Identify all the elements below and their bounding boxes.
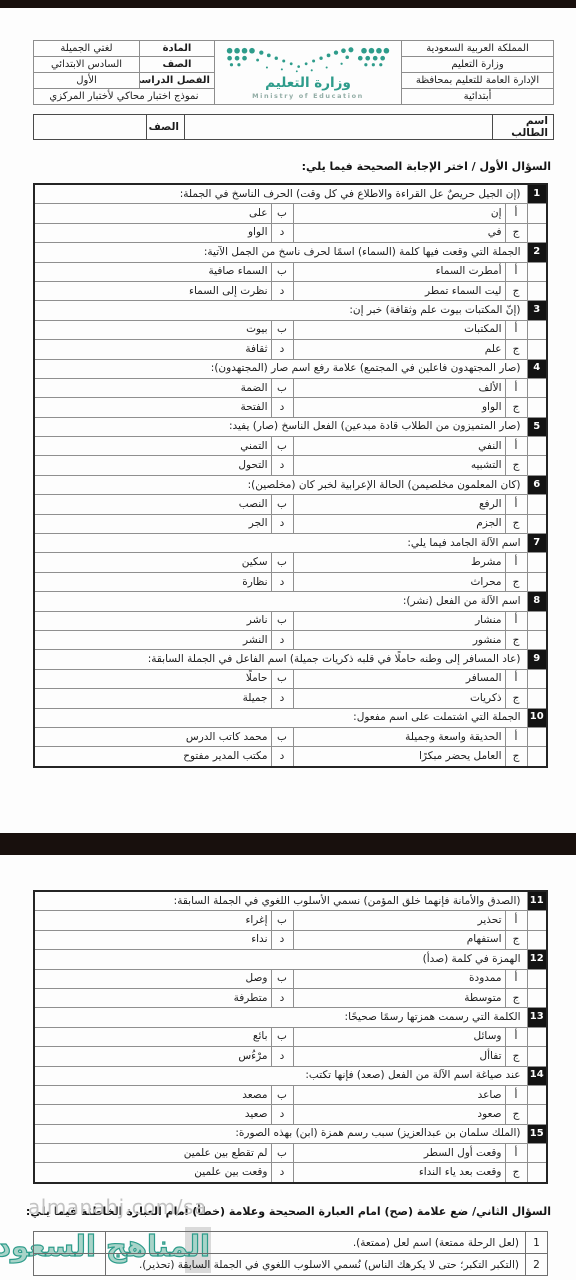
option-letter-7-a: أ — [505, 553, 527, 572]
question-3-answer-margin — [527, 340, 547, 359]
question-12-answer-margin — [527, 988, 547, 1007]
option-letter-11-c: ج — [505, 930, 527, 949]
option-text-10-a[interactable]: الحديقة واسعة وجميلة — [293, 727, 505, 746]
question-13-text: الكلمة التي رسمت همزتها رسمًا صحيحًا: — [34, 1008, 527, 1027]
statement-2-answer-cell[interactable] — [34, 1254, 106, 1276]
statement-1-answer-cell[interactable] — [34, 1232, 106, 1254]
question-15-answer-margin — [527, 1163, 547, 1183]
option-letter-12-a: أ — [505, 969, 527, 988]
question-3-text: (إنّ المكتبات بيوت علم وثقافة) خبر إن: — [34, 301, 527, 320]
option-letter-3-d: د — [271, 340, 293, 359]
question-9-text: (عاد المسافر إلى وطنه حاملًا في قلبه ذكر… — [34, 650, 527, 669]
question-8-text: اسم الآلة من الفعل (نشر): — [34, 592, 527, 611]
option-letter-14-b: ب — [271, 1085, 293, 1104]
option-letter-1-d: د — [271, 223, 293, 242]
question-12-answer-margin — [527, 969, 547, 988]
question-7-text: اسم الآلة الجامد فيما يلي: — [34, 534, 527, 553]
option-letter-1-b: ب — [271, 204, 293, 223]
option-text-11-a[interactable]: تحذير — [293, 911, 505, 930]
question-5-text: (صار المتميزون من الطلاب قادة مبدعين) ال… — [34, 417, 527, 436]
question-11-number: 11 — [527, 891, 547, 911]
ministry-line-3: الإدارة العامة للتعليم بمحافظة — [402, 73, 554, 89]
question-1-number: 1 — [527, 184, 547, 204]
option-letter-10-d: د — [271, 747, 293, 767]
option-text-4-a[interactable]: الألف — [293, 378, 505, 397]
option-letter-15-a: أ — [505, 1144, 527, 1163]
option-text-10-c[interactable]: العامل يحضر مبكرًا — [293, 747, 505, 767]
option-letter-4-c: ج — [505, 398, 527, 417]
question-14-answer-margin — [527, 1105, 547, 1124]
question-11-answer-margin — [527, 911, 547, 930]
option-text-6-a[interactable]: الرفع — [293, 495, 505, 514]
question-5-answer-margin — [527, 456, 547, 475]
question-15-text: (الملك سلمان بن عبدالعزيز) سبب رسم همزة … — [34, 1124, 527, 1143]
semester-value: الأول — [34, 73, 140, 89]
question-15-answer-margin — [527, 1144, 547, 1163]
option-text-4-b[interactable]: الضمة — [34, 378, 271, 397]
option-text-15-b[interactable]: لم تقطع بين علمين — [34, 1144, 271, 1163]
logo-english-subtitle: Ministry of Education — [252, 93, 364, 100]
question-14-answer-margin — [527, 1085, 547, 1104]
option-text-9-d[interactable]: جميلة — [34, 689, 271, 708]
option-letter-8-c: ج — [505, 630, 527, 649]
option-text-11-c[interactable]: استفهام — [293, 930, 505, 949]
question-8-answer-margin — [527, 611, 547, 630]
question-3-number: 3 — [527, 301, 547, 320]
option-text-3-b[interactable]: بيوت — [34, 320, 271, 339]
option-letter-10-a: أ — [505, 727, 527, 746]
option-letter-12-c: ج — [505, 988, 527, 1007]
watermark-site-url: almanahj.com/sa — [28, 1195, 207, 1219]
question-6-text: (كان المعلمون مخلصيمن) الحالة الإعرابية … — [34, 475, 527, 494]
option-letter-4-b: ب — [271, 378, 293, 397]
option-text-11-d[interactable]: نداء — [34, 930, 271, 949]
option-letter-13-b: ب — [271, 1027, 293, 1046]
question-12-text: الهمزة في كلمة (صدأ) — [34, 950, 527, 969]
class-label: الصف — [147, 115, 185, 140]
question-13-answer-margin — [527, 1027, 547, 1046]
page-separator-bar — [0, 833, 576, 855]
option-text-13-b[interactable]: بائع — [34, 1027, 271, 1046]
option-letter-10-b: ب — [271, 727, 293, 746]
option-letter-6-a: أ — [505, 495, 527, 514]
option-text-3-c[interactable]: علم — [293, 340, 505, 359]
option-letter-6-d: د — [271, 514, 293, 533]
question-14-number: 14 — [527, 1066, 547, 1085]
option-letter-3-a: أ — [505, 320, 527, 339]
option-letter-3-c: ج — [505, 340, 527, 359]
option-text-5-c[interactable]: التشبيه — [293, 456, 505, 475]
question-9-number: 9 — [527, 650, 547, 669]
option-letter-13-a: أ — [505, 1027, 527, 1046]
option-text-1-d[interactable]: الواو — [34, 223, 271, 242]
option-text-9-a[interactable]: المسافر — [293, 669, 505, 688]
option-text-9-c[interactable]: ذكريات — [293, 689, 505, 708]
option-letter-1-a: أ — [505, 204, 527, 223]
option-text-8-c[interactable]: منشور — [293, 630, 505, 649]
question-7-answer-margin — [527, 572, 547, 591]
subject-label: المادة — [140, 41, 215, 57]
option-text-14-c[interactable]: صعود — [293, 1105, 505, 1124]
option-text-6-d[interactable]: الجر — [34, 514, 271, 533]
option-letter-15-c: ج — [505, 1163, 527, 1183]
option-text-14-a[interactable]: صاعد — [293, 1085, 505, 1104]
grade-label: الصف — [140, 57, 215, 73]
option-letter-8-b: ب — [271, 611, 293, 630]
question-6-answer-margin — [527, 514, 547, 533]
grade-value: السادس الابتدائي — [34, 57, 140, 73]
option-text-15-d[interactable]: وقعت بين علمين — [34, 1163, 271, 1183]
option-letter-10-c: ج — [505, 747, 527, 767]
question-2-answer-margin — [527, 281, 547, 300]
question-1-text: (إن الجيل حريصٌ عل القراءة والاطلاع في ك… — [34, 184, 527, 204]
option-text-2-c[interactable]: ليت السماء تمطر — [293, 281, 505, 300]
option-letter-13-c: ج — [505, 1047, 527, 1066]
question-2-text: الجملة التي وقعت فيها كلمة (السماء) اسمً… — [34, 243, 527, 262]
option-text-10-d[interactable]: مكتب المدير مفتوح — [34, 747, 271, 767]
statement-2-number: 2 — [526, 1254, 548, 1276]
option-text-4-c[interactable]: الواو — [293, 398, 505, 417]
option-text-5-a[interactable]: النفي — [293, 437, 505, 456]
option-text-2-a[interactable]: أمطرت السماء — [293, 262, 505, 281]
option-text-11-b[interactable]: إغراء — [34, 911, 271, 930]
option-letter-7-d: د — [271, 572, 293, 591]
option-letter-1-c: ج — [505, 223, 527, 242]
option-text-6-b[interactable]: النصب — [34, 495, 271, 514]
option-letter-14-d: د — [271, 1105, 293, 1124]
ministry-line-1: المملكة العربية السعودية — [402, 41, 554, 57]
question-14-text: عند صياغة اسم الآلة من الفعل (صعد) فإنها… — [34, 1066, 527, 1085]
option-text-1-a[interactable]: إن — [293, 204, 505, 223]
option-text-2-d[interactable]: نظرت إلى السماء — [34, 281, 271, 300]
question-5-answer-margin — [527, 437, 547, 456]
option-letter-12-d: د — [271, 988, 293, 1007]
option-text-4-d[interactable]: الفتحة — [34, 398, 271, 417]
question-10-answer-margin — [527, 727, 547, 746]
option-text-1-b[interactable]: على — [34, 204, 271, 223]
option-text-3-a[interactable]: المكتبات — [293, 320, 505, 339]
statement-2-text: (التكبر التكبر؛ حتى لا يكرهك الناس) نُسم… — [106, 1254, 526, 1276]
option-letter-8-d: د — [271, 630, 293, 649]
exam-document-page: المملكة العربية السعودية — [0, 0, 576, 1280]
option-letter-9-d: د — [271, 689, 293, 708]
question-4-text: (صار المجتهدون فاعلين في المجتمع) علامة … — [34, 359, 527, 378]
question-3-answer-margin — [527, 320, 547, 339]
option-text-7-b[interactable]: سكين — [34, 553, 271, 572]
question-9-answer-margin — [527, 669, 547, 688]
option-text-14-d[interactable]: صعيد — [34, 1105, 271, 1124]
option-text-12-a[interactable]: ممدودة — [293, 969, 505, 988]
option-text-8-d[interactable]: النشر — [34, 630, 271, 649]
school-header-table: المملكة العربية السعودية — [33, 40, 554, 105]
logo-arabic-wordmark: وزارة التعليم — [265, 77, 351, 91]
class-field[interactable] — [34, 115, 147, 140]
option-letter-9-a: أ — [505, 669, 527, 688]
option-text-12-c[interactable]: متوسطة — [293, 988, 505, 1007]
question-4-number: 4 — [527, 359, 547, 378]
option-text-5-b[interactable]: التمني — [34, 437, 271, 456]
option-text-15-c[interactable]: وقعت بعد ياء النداء — [293, 1163, 505, 1183]
question-1-answer-margin — [527, 223, 547, 242]
option-letter-5-b: ب — [271, 437, 293, 456]
option-letter-12-b: ب — [271, 969, 293, 988]
option-text-7-d[interactable]: نظارة — [34, 572, 271, 591]
option-text-3-d[interactable]: ثقافة — [34, 340, 271, 359]
option-text-8-b[interactable]: ناشر — [34, 611, 271, 630]
question-6-answer-margin — [527, 495, 547, 514]
option-letter-11-d: د — [271, 930, 293, 949]
ministry-of-education-logo — [224, 46, 392, 76]
question-10-answer-margin — [527, 747, 547, 767]
option-letter-2-b: ب — [271, 262, 293, 281]
option-text-15-a[interactable]: وقعت أول السطر — [293, 1144, 505, 1163]
question-15-number: 15 — [527, 1124, 547, 1143]
question-5-number: 5 — [527, 417, 547, 436]
question-7-answer-margin — [527, 553, 547, 572]
option-letter-7-b: ب — [271, 553, 293, 572]
option-text-2-b[interactable]: السماء صافية — [34, 262, 271, 281]
option-text-6-c[interactable]: الجزم — [293, 514, 505, 533]
student-info-table: اسم الطالب الصف — [33, 114, 554, 140]
exam-model-note: نموذج اختبار محاكي لأختبار المركزي — [34, 89, 215, 105]
question-11-text: (الصدق والأمانة فإنهما خلق المؤمن) نسمي … — [34, 891, 527, 911]
option-text-12-d[interactable]: متطرفة — [34, 988, 271, 1007]
question-12-number: 12 — [527, 950, 547, 969]
option-text-10-b[interactable]: محمد كاتب الدرس — [34, 727, 271, 746]
option-letter-9-c: ج — [505, 689, 527, 708]
option-text-12-b[interactable]: وصل — [34, 969, 271, 988]
question-11-answer-margin — [527, 930, 547, 949]
subject-value: لغتي الجميلة — [34, 41, 140, 57]
top-black-bar — [0, 0, 576, 8]
ministry-line-4: أبتدائية — [402, 89, 554, 105]
option-letter-2-d: د — [271, 281, 293, 300]
option-text-1-c[interactable]: في — [293, 223, 505, 242]
mcq-table-page2: 11(الصدق والأمانة فإنهما خلق المؤمن) نسم… — [33, 890, 548, 1184]
option-text-7-c[interactable]: محراث — [293, 572, 505, 591]
option-text-7-a[interactable]: مشرط — [293, 553, 505, 572]
option-letter-7-c: ج — [505, 572, 527, 591]
question-4-answer-margin — [527, 398, 547, 417]
option-letter-4-a: أ — [505, 378, 527, 397]
option-letter-13-d: د — [271, 1047, 293, 1066]
question-2-number: 2 — [527, 243, 547, 262]
question-13-number: 13 — [527, 1008, 547, 1027]
option-text-8-a[interactable]: منشار — [293, 611, 505, 630]
option-letter-5-a: أ — [505, 437, 527, 456]
question-9-answer-margin — [527, 689, 547, 708]
question-10-number: 10 — [527, 708, 547, 727]
option-letter-9-b: ب — [271, 669, 293, 688]
option-text-5-d[interactable]: التحول — [34, 456, 271, 475]
question-10-text: الجملة التي اشتملت على اسم مفعول: — [34, 708, 527, 727]
question-6-number: 6 — [527, 475, 547, 494]
true-false-table: 1(لعل الرحلة ممتعة) اسم لعل (ممتعة).2(ال… — [33, 1231, 548, 1276]
option-letter-6-c: ج — [505, 514, 527, 533]
option-letter-5-c: ج — [505, 456, 527, 475]
question-8-answer-margin — [527, 630, 547, 649]
option-letter-11-a: أ — [505, 911, 527, 930]
question-4-answer-margin — [527, 378, 547, 397]
question-8-number: 8 — [527, 592, 547, 611]
option-letter-15-d: د — [271, 1163, 293, 1183]
question-7-number: 7 — [527, 534, 547, 553]
student-name-field[interactable] — [185, 115, 493, 140]
question-2-answer-margin — [527, 262, 547, 281]
ministry-logo-cell: وزارة التعليم Ministry of Education — [215, 41, 402, 105]
option-text-14-b[interactable]: مصعد — [34, 1085, 271, 1104]
option-letter-2-a: أ — [505, 262, 527, 281]
option-letter-14-c: ج — [505, 1105, 527, 1124]
student-name-label: اسم الطالب — [493, 115, 554, 140]
option-letter-15-b: ب — [271, 1144, 293, 1163]
option-text-13-a[interactable]: وسائل — [293, 1027, 505, 1046]
option-letter-11-b: ب — [271, 911, 293, 930]
option-letter-5-d: د — [271, 456, 293, 475]
statement-1-number: 1 — [526, 1232, 548, 1254]
option-letter-14-a: أ — [505, 1085, 527, 1104]
question-1-answer-margin — [527, 204, 547, 223]
option-letter-3-b: ب — [271, 320, 293, 339]
section1-title: السؤال الأول / اختر الإجابة الصحيحة فيما… — [302, 160, 551, 173]
option-text-13-c[interactable]: تفاأل — [293, 1047, 505, 1066]
ministry-line-2: وزارة التعليم — [402, 57, 554, 73]
statement-1-text: (لعل الرحلة ممتعة) اسم لعل (ممتعة). — [106, 1232, 526, 1254]
option-letter-8-a: أ — [505, 611, 527, 630]
option-letter-6-b: ب — [271, 495, 293, 514]
semester-label: الفصل الدراسي — [140, 73, 215, 89]
mcq-table-page1: 1(إن الجيل حريصٌ عل القراءة والاطلاع في … — [33, 183, 548, 768]
option-text-9-b[interactable]: حاملًا — [34, 669, 271, 688]
question-13-answer-margin — [527, 1047, 547, 1066]
option-letter-2-c: ج — [505, 281, 527, 300]
option-text-13-d[interactable]: مرْءُس — [34, 1047, 271, 1066]
option-letter-4-d: د — [271, 398, 293, 417]
